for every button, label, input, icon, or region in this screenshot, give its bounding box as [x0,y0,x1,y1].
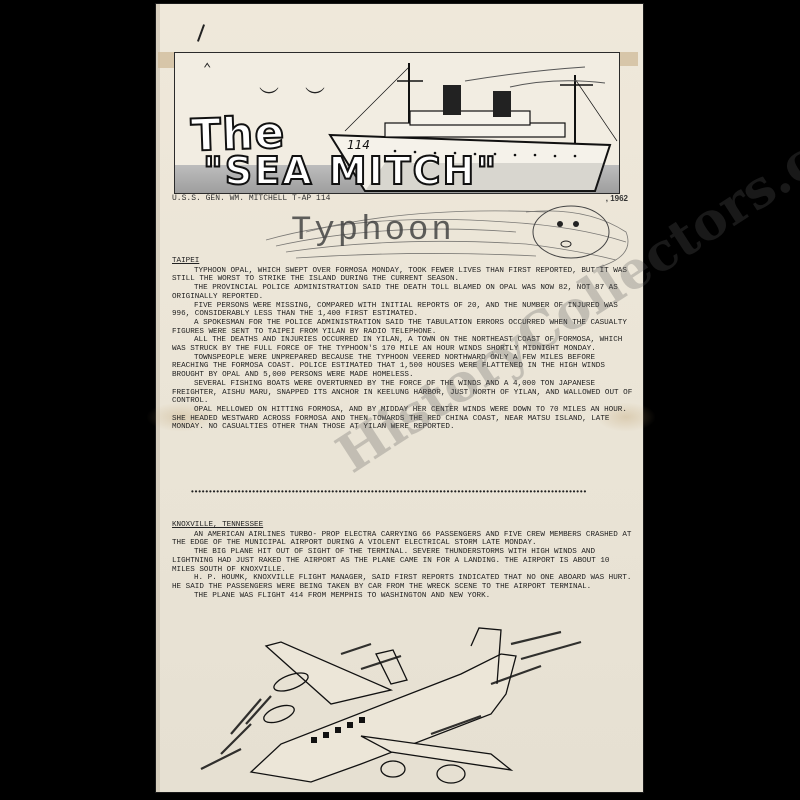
story-knoxville: KNOXVILLE, TENNESSEE AN AMERICAN AIRLINE… [172,521,634,600]
ink-mark [197,24,205,42]
story-paragraph: OPAL MELLOWED ON HITTING FORMOSA, AND BY… [172,406,634,432]
story-paragraph: THE PLANE WAS FLIGHT 414 FROM MEMPHIS TO… [172,592,634,601]
story-dateline: TAIPEI [172,257,634,266]
story-paragraph: H. P. HOUMK, KNOXVILLE FLIGHT MANAGER, S… [172,574,634,591]
bird-icon: ︶ [259,81,279,111]
story-paragraph: A SPOKESMAN FOR THE POLICE ADMINISTRATIO… [172,319,634,336]
story-paragraph: THE BIG PLANE HIT OUT OF SIGHT OF THE TE… [172,548,634,574]
story-dateline: KNOXVILLE, TENNESSEE [172,521,634,530]
masthead-title-sea-mitch: "SEA MITCH" [203,149,498,193]
newsletter-page: ⌃ ︶ ︶ 114 The "SEA MITCH" U.S.S. G [156,4,643,792]
story-paragraph: TYPHOON OPAL, WHICH SWEPT OVER FORMOSA M… [172,267,634,284]
story-taipei: TAIPEI TYPHOON OPAL, WHICH SWEPT OVER FO… [172,257,634,432]
masthead: ⌃ ︶ ︶ 114 The "SEA MITCH" [174,52,620,194]
story-paragraph: FIVE PERSONS WERE MISSING, COMPARED WITH… [172,302,634,319]
story-paragraph: ALL THE DEATHS AND INJURIES OCCURRED IN … [172,336,634,353]
story-paragraph: TOWNSPEOPLE WERE UNPREPARED BECAUSE THE … [172,354,634,380]
bird-icon: ⌃ [203,61,211,78]
story-paragraph: SEVERAL FISHING BOATS WERE OVERTURNED BY… [172,380,634,406]
typhoon-heading: Typhoon [291,212,455,250]
plane-crash-illustration [161,624,631,789]
section-divider: ••••••••••••••••••••••••••••••••••••••••… [190,488,606,497]
story-paragraph: THE PROVINCIAL POLICE ADMINISTRATION SAI… [172,284,634,301]
bird-icon: ︶ [305,81,325,111]
story-paragraph: AN AMERICAN AIRLINES TURBO- PROP ELECTRA… [172,531,634,548]
